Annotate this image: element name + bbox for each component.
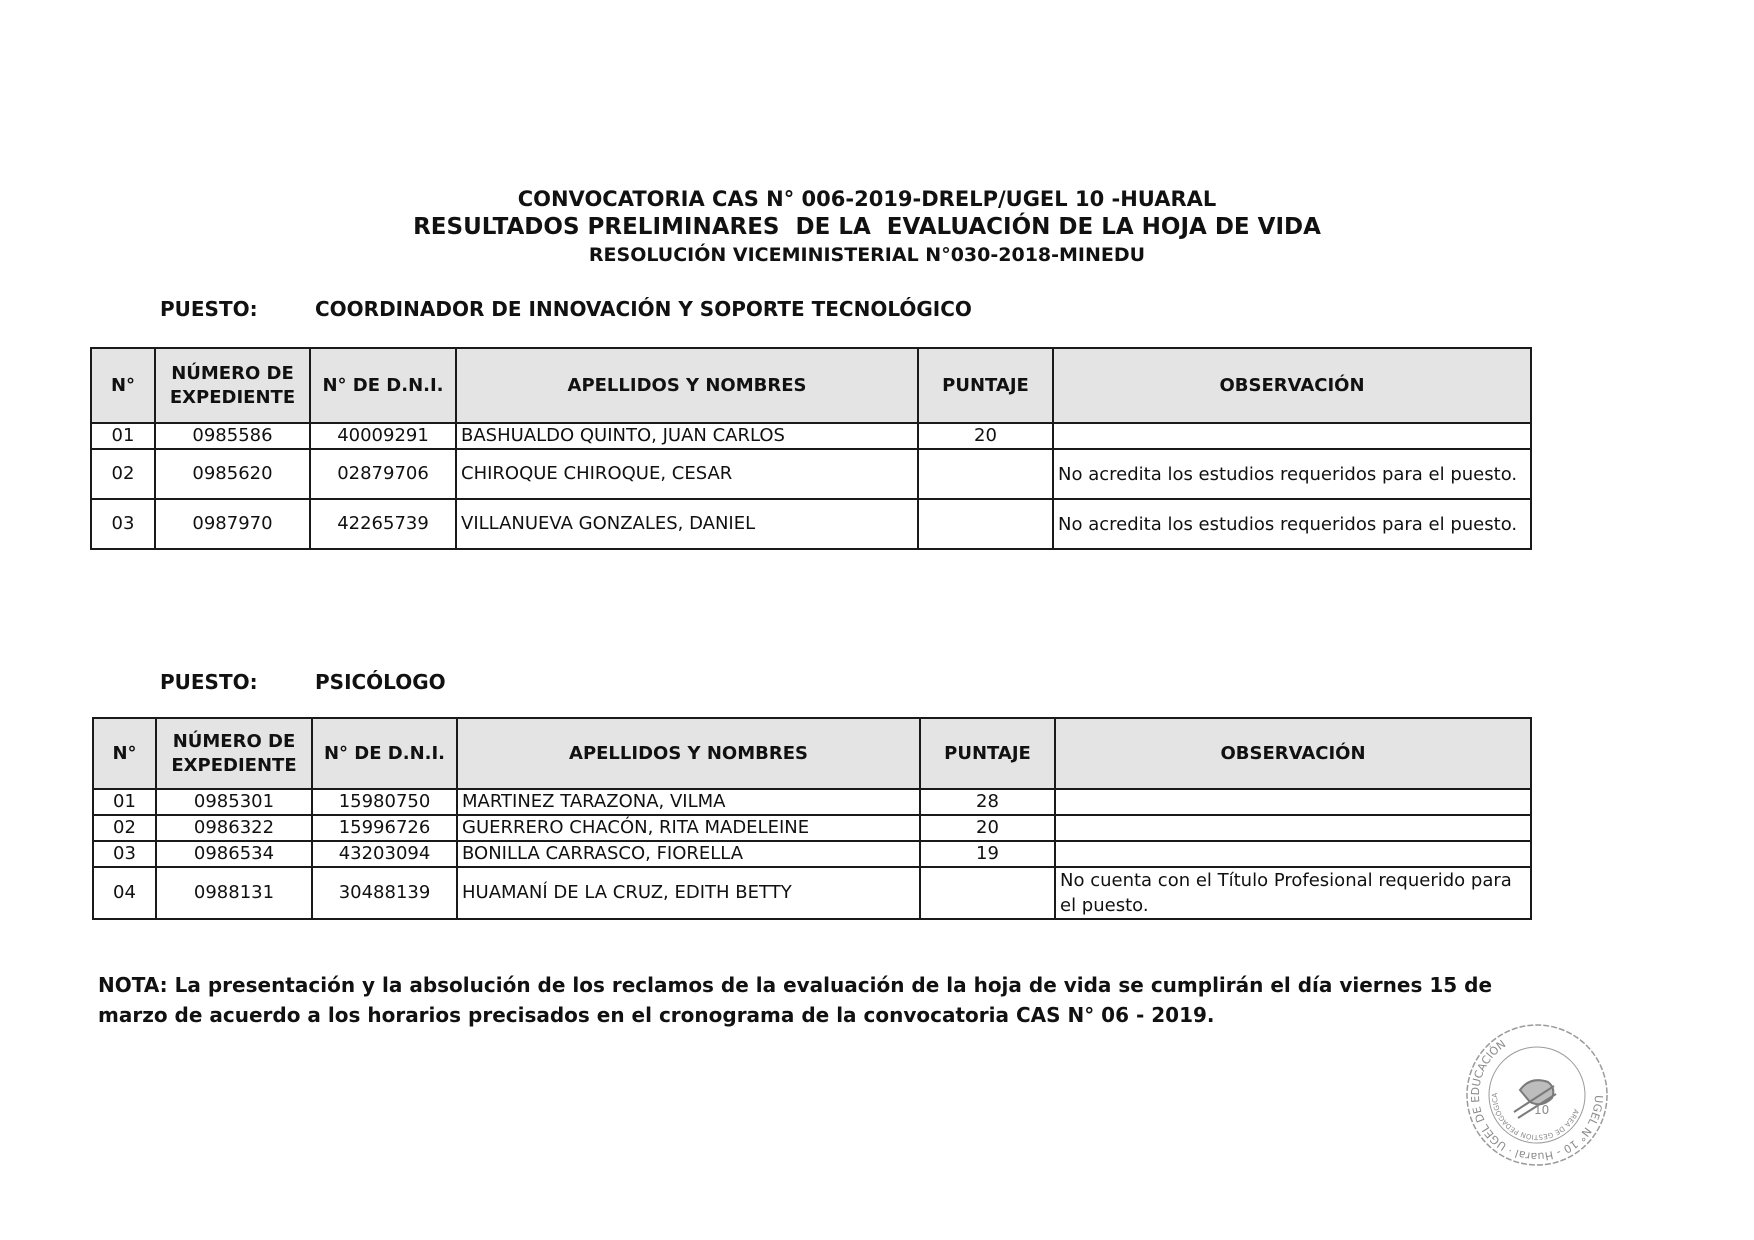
col-header-dni: N° DE D.N.I.	[310, 348, 456, 423]
cell-observacion	[1055, 815, 1531, 841]
cell-puntaje	[918, 449, 1053, 499]
col-header-observacion: OBSERVACIÓN	[1053, 348, 1531, 423]
stamp-emblem-icon: 10	[1514, 1080, 1556, 1118]
cell-observacion	[1055, 789, 1531, 815]
col-header-puntaje: PUNTAJE	[920, 718, 1055, 789]
cell-expediente: 0986322	[156, 815, 312, 841]
cell-expediente: 0985586	[155, 423, 310, 449]
table-row: 04 0988131 30488139 HUAMANÍ DE LA CRUZ, …	[93, 867, 1531, 919]
cell-n: 03	[91, 499, 155, 549]
cell-expediente: 0988131	[156, 867, 312, 919]
cell-nombre: BONILLA CARRASCO, FIORELLA	[457, 841, 920, 867]
nota-text: La presentación y la absolución de los r…	[98, 973, 1492, 1027]
results-table-psicologo: N° NÚMERO DE EXPEDIENTE N° DE D.N.I. APE…	[92, 717, 1532, 920]
document-title-line-1: CONVOCATORIA CAS N° 006-2019-DRELP/UGEL …	[0, 187, 1744, 211]
cell-nombre: GUERRERO CHACÓN, RITA MADELEINE	[457, 815, 920, 841]
cell-observacion: No acredita los estudios requeridos para…	[1053, 499, 1531, 549]
col-header-expediente: NÚMERO DE EXPEDIENTE	[156, 718, 312, 789]
cell-nombre: VILLANUEVA GONZALES, DANIEL	[456, 499, 918, 549]
nota-label: NOTA:	[98, 973, 168, 997]
cell-nombre: CHIROQUE CHIROQUE, CESAR	[456, 449, 918, 499]
cell-nombre: MARTINEZ TARAZONA, VILMA	[457, 789, 920, 815]
col-header-observacion: OBSERVACIÓN	[1055, 718, 1531, 789]
cell-puntaje: 28	[920, 789, 1055, 815]
col-header-dni: N° DE D.N.I.	[312, 718, 457, 789]
col-header-nombres: APELLIDOS Y NOMBRES	[456, 348, 918, 423]
cell-expediente: 0985620	[155, 449, 310, 499]
cell-dni: 30488139	[312, 867, 457, 919]
cell-n: 01	[93, 789, 156, 815]
puesto-heading-1: PUESTO:COORDINADOR DE INNOVACIÓN Y SOPOR…	[160, 297, 972, 321]
col-header-nombres: APELLIDOS Y NOMBRES	[457, 718, 920, 789]
table-header-row: N° NÚMERO DE EXPEDIENTE N° DE D.N.I. APE…	[91, 348, 1531, 423]
cell-observacion	[1055, 841, 1531, 867]
puesto-label: PUESTO:	[160, 297, 315, 321]
cell-observacion	[1053, 423, 1531, 449]
table-row: 03 0987970 42265739 VILLANUEVA GONZALES,…	[91, 499, 1531, 549]
cell-puntaje: 19	[920, 841, 1055, 867]
cell-n: 02	[91, 449, 155, 499]
cell-dni: 02879706	[310, 449, 456, 499]
col-header-n: N°	[93, 718, 156, 789]
cell-puntaje	[920, 867, 1055, 919]
cell-puntaje: 20	[918, 423, 1053, 449]
cell-dni: 15980750	[312, 789, 457, 815]
puesto-label: PUESTO:	[160, 670, 315, 694]
puesto-value: PSICÓLOGO	[315, 670, 446, 694]
cell-n: 03	[93, 841, 156, 867]
document-title-line-3: RESOLUCIÓN VICEMINISTERIAL N°030-2018-MI…	[0, 244, 1744, 266]
cell-nombre: BASHUALDO QUINTO, JUAN CARLOS	[456, 423, 918, 449]
cell-dni: 43203094	[312, 841, 457, 867]
document-title-line-2: RESULTADOS PRELIMINARES DE LA EVALUACIÓN…	[0, 214, 1744, 240]
puesto-heading-2: PUESTO:PSICÓLOGO	[160, 670, 446, 694]
results-table-coordinador: N° NÚMERO DE EXPEDIENTE N° DE D.N.I. APE…	[90, 347, 1532, 550]
cell-expediente: 0987970	[155, 499, 310, 549]
cell-n: 02	[93, 815, 156, 841]
cell-expediente: 0986534	[156, 841, 312, 867]
table-row: 02 0986322 15996726 GUERRERO CHACÓN, RIT…	[93, 815, 1531, 841]
official-seal-stamp: UGEL N° 10 - Huaral · UGEL DE EDUCACIÓN …	[1462, 1020, 1612, 1170]
cell-dni: 15996726	[312, 815, 457, 841]
table-header-row: N° NÚMERO DE EXPEDIENTE N° DE D.N.I. APE…	[93, 718, 1531, 789]
nota-paragraph: NOTA: La presentación y la absolución de…	[98, 970, 1518, 1030]
cell-puntaje	[918, 499, 1053, 549]
col-header-expediente: NÚMERO DE EXPEDIENTE	[155, 348, 310, 423]
cell-n: 01	[91, 423, 155, 449]
cell-n: 04	[93, 867, 156, 919]
cell-dni: 40009291	[310, 423, 456, 449]
table-row: 03 0986534 43203094 BONILLA CARRASCO, FI…	[93, 841, 1531, 867]
col-header-n: N°	[91, 348, 155, 423]
col-header-puntaje: PUNTAJE	[918, 348, 1053, 423]
table-row: 01 0985301 15980750 MARTINEZ TARAZONA, V…	[93, 789, 1531, 815]
cell-dni: 42265739	[310, 499, 456, 549]
svg-text:10: 10	[1534, 1103, 1549, 1117]
cell-puntaje: 20	[920, 815, 1055, 841]
cell-expediente: 0985301	[156, 789, 312, 815]
cell-nombre: HUAMANÍ DE LA CRUZ, EDITH BETTY	[457, 867, 920, 919]
table-row: 02 0985620 02879706 CHIROQUE CHIROQUE, C…	[91, 449, 1531, 499]
puesto-value: COORDINADOR DE INNOVACIÓN Y SOPORTE TECN…	[315, 297, 972, 321]
cell-observacion: No cuenta con el Título Profesional requ…	[1055, 867, 1531, 919]
cell-observacion: No acredita los estudios requeridos para…	[1053, 449, 1531, 499]
table-row: 01 0985586 40009291 BASHUALDO QUINTO, JU…	[91, 423, 1531, 449]
